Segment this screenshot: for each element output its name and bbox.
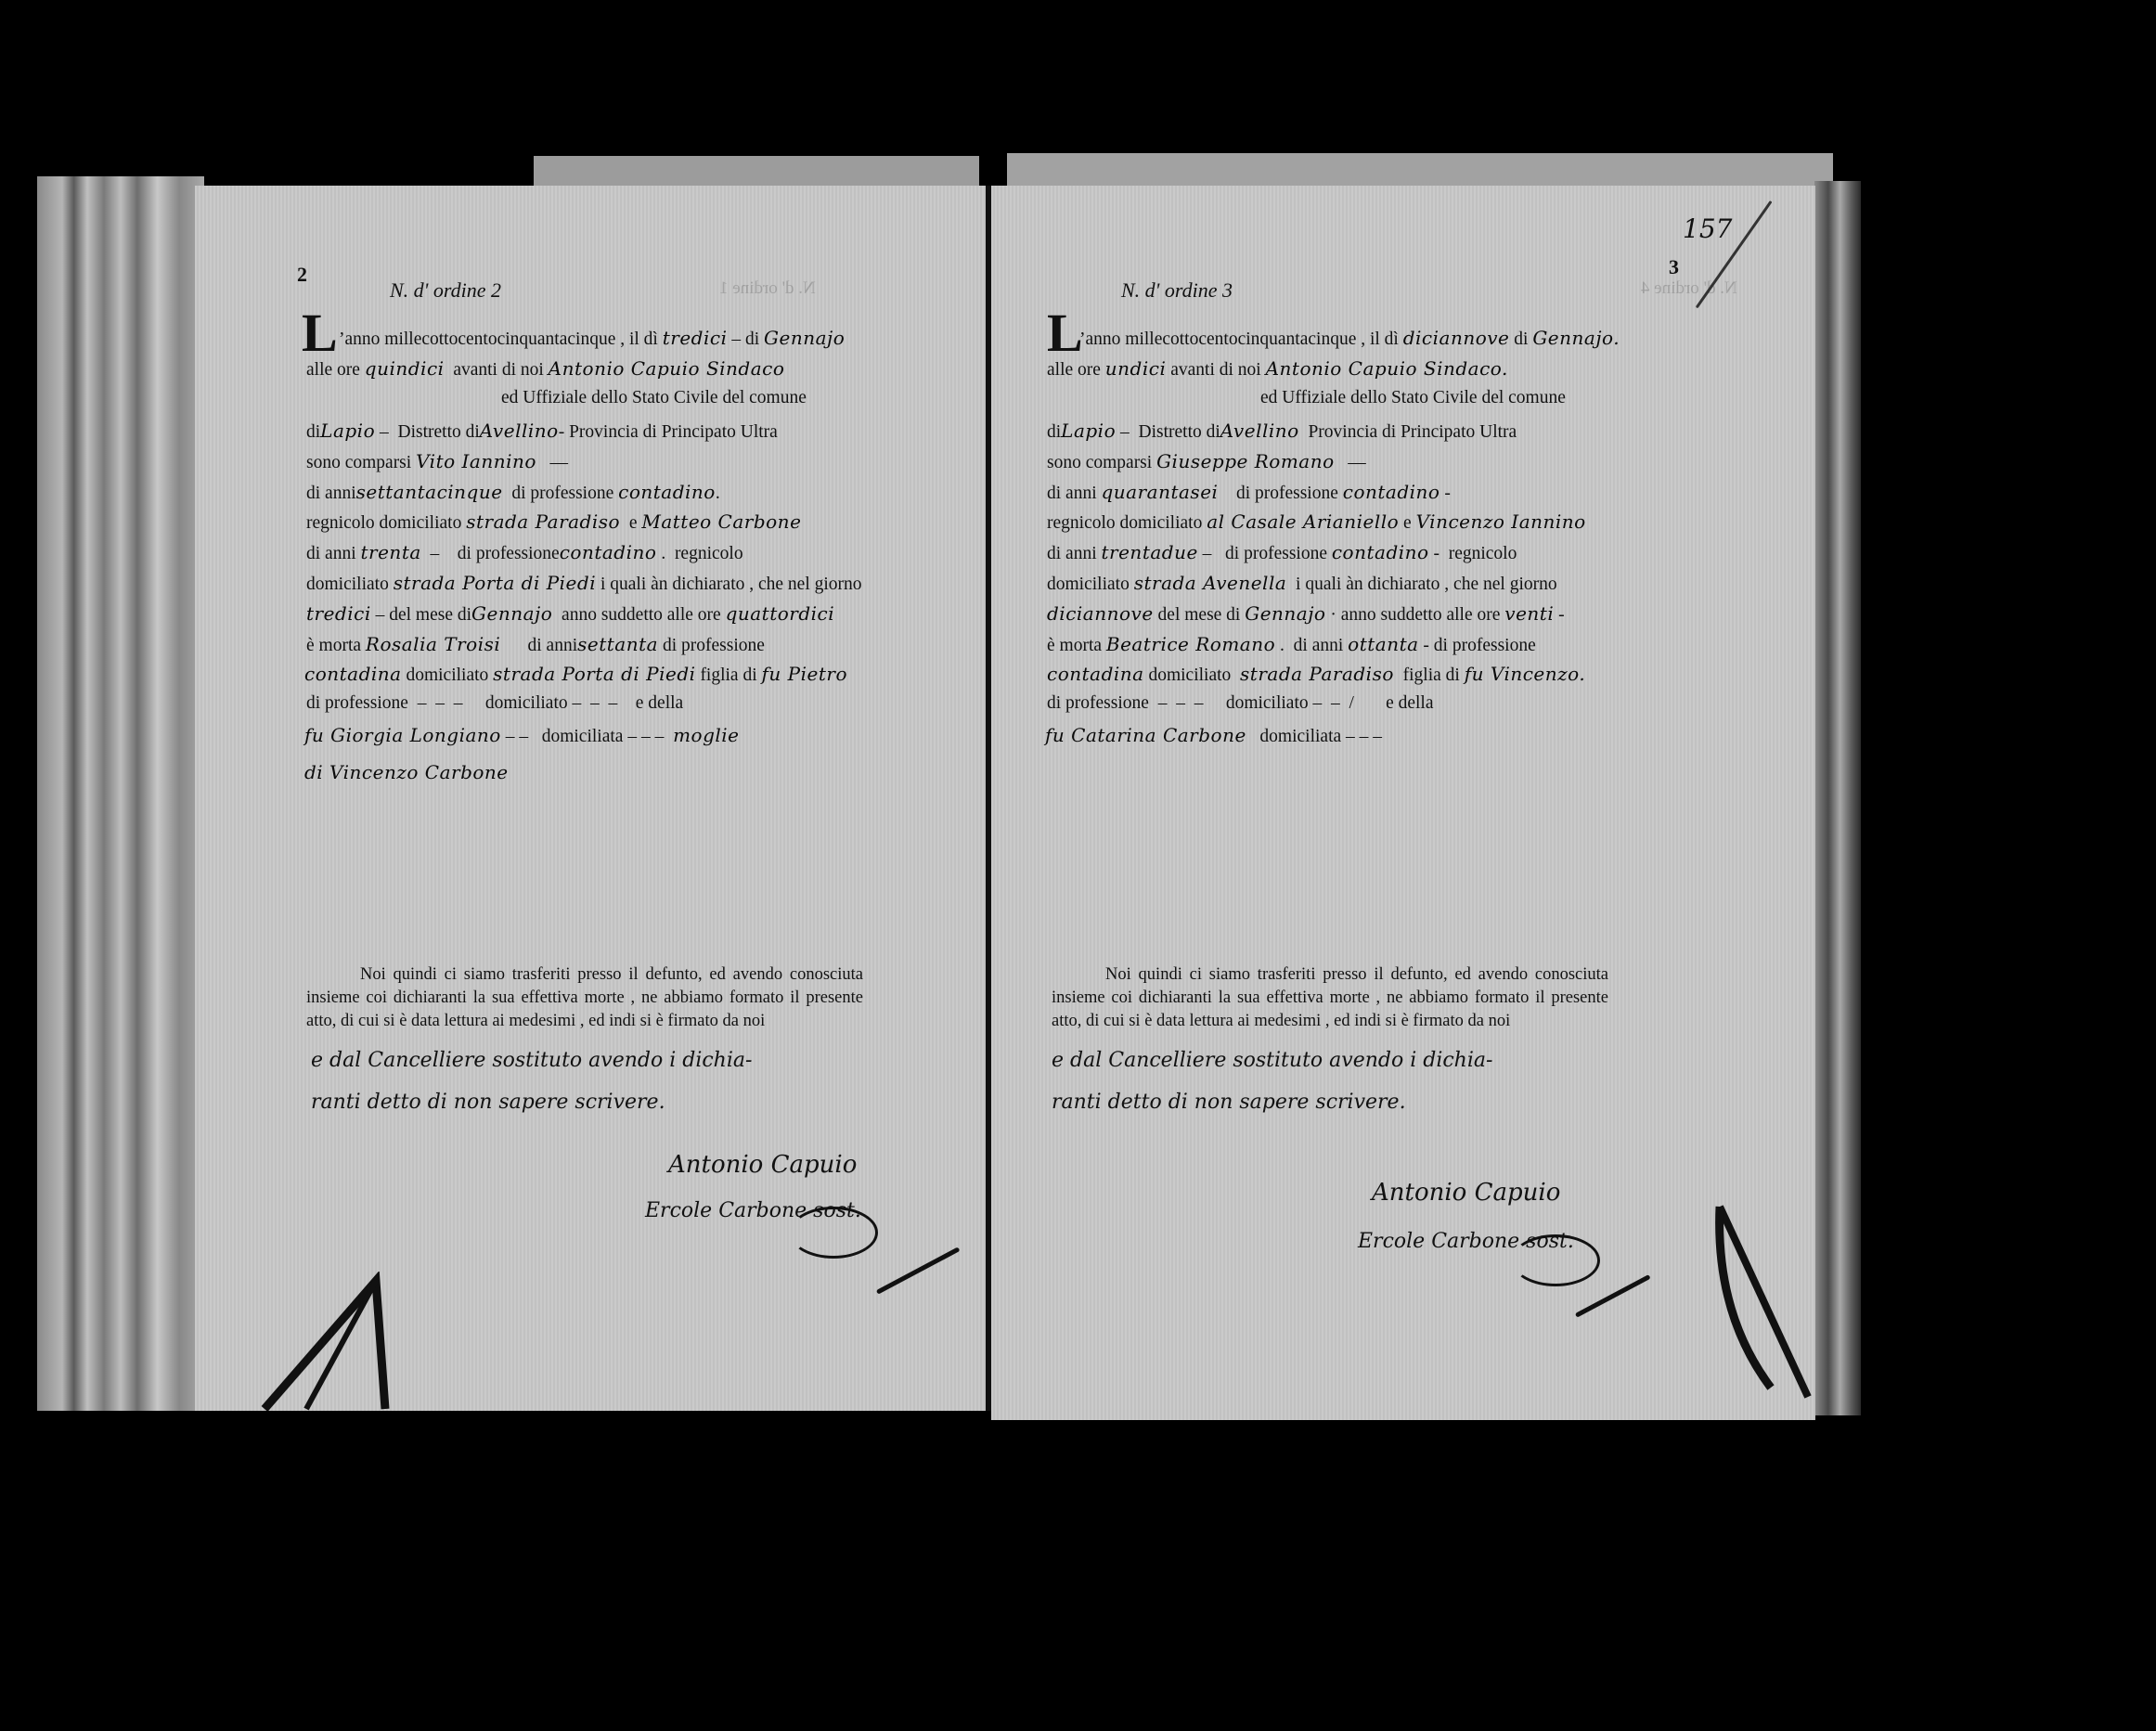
register-book-scan: N. d' ordine 1 2 N. d' ordine 2 L ’anno … [0,0,2156,1731]
left-page: N. d' ordine 1 2 N. d' ordine 2 L ’anno … [195,186,995,1411]
page-number: 3 [1669,255,1679,279]
record-line-11: è morta Rosalia Troisi di annisettanta d… [306,633,765,656]
record-line-10: tredici – del mese diGennajo anno suddet… [306,602,834,626]
record-line-1: ’anno millecottocentocinquantacinque , i… [339,327,845,350]
record-line-14: fu Catarina Carbone domiciliata – – – [1045,724,1382,747]
record-line-13: di professione – – – domiciliato – – – e… [306,693,683,714]
record-line-15: di Vincenzo Carbone [304,761,509,784]
signature-mayor: Antonio Capuio [1372,1179,1560,1207]
ordine-label: N. d' ordine 2 [390,278,501,303]
record-line-2: alle ore undici avanti di noi Antonio Ca… [1047,357,1508,381]
record-line-5: sono comparsi Giuseppe Romano — [1047,450,1366,473]
bleed-through-text: N. d' ordine 4 [1641,278,1737,299]
record-line-4: diLapio – Distretto diAvellino Provincia… [1047,420,1517,443]
record-line-9: domiciliato strada Porta di Piedi i qual… [306,572,862,595]
ordine-label: N. d' ordine 3 [1121,278,1233,303]
record-line-13: di professione – – – domiciliato – – / e… [1047,693,1434,714]
closing-handwritten-1: e dal Cancelliere sostituto avendo i dic… [311,1049,752,1072]
bleed-through-text: N. d' ordine 1 [719,278,816,299]
signature-underline-stroke [1575,1274,1651,1318]
page-number: 2 [297,263,307,287]
closing-handwritten-2: ranti detto di non sapere scrivere. [1052,1091,1406,1114]
corner-tab-mark [1715,1202,1817,1402]
right-page-stack [1814,181,1861,1415]
record-line-11: è morta Beatrice Romano . di anni ottant… [1047,633,1536,656]
drop-cap: L [302,306,338,360]
record-line-9: domiciliato strada Avenella i quali àn d… [1047,572,1557,595]
folio-stamp: 157 [1683,213,1732,244]
record-line-7: regnicolo domiciliato al Casale Arianiel… [1047,510,1586,534]
right-page: N. d' ordine 4 157 3 N. d' ordine 3 L ’a… [991,186,1815,1420]
record-line-12: contadina domiciliato strada Porta di Pi… [304,663,847,686]
drop-cap: L [1047,306,1083,360]
signature-underline-stroke [876,1247,961,1294]
record-line-14: fu Giorgia Longiano – – domiciliata – – … [304,724,740,747]
record-line-10: diciannove del mese di Gennajo · anno su… [1047,602,1565,626]
record-line-8: di anni trentadue – di professione conta… [1047,541,1517,564]
record-line-4: diLapio – Distretto diAvellino- Provinci… [306,420,778,443]
corner-tab-mark [255,1272,394,1411]
record-line-3: ed Uffiziale dello Stato Civile del comu… [501,388,807,408]
closing-paragraph: Noi quindi ci siamo trasferiti presso il… [306,963,863,1033]
record-line-12: contadina domiciliato strada Paradiso fi… [1047,663,1585,686]
left-page-stack [37,176,204,1411]
record-line-5: sono comparsi Vito Iannino — [306,450,568,473]
record-line-6: di annisettantacinque di professione con… [306,481,720,504]
closing-paragraph: Noi quindi ci siamo trasferiti presso il… [1052,963,1608,1033]
record-line-8: di anni trenta – di professionecontadino… [306,541,743,564]
record-line-7: regnicolo domiciliato strada Paradiso e … [306,510,801,534]
signature-flourish [789,1207,878,1259]
record-line-1: ’anno millecottocentocinquantacinque , i… [1079,327,1620,350]
record-line-2: alle ore quindici avanti di noi Antonio … [306,357,784,381]
closing-handwritten-1: e dal Cancelliere sostituto avendo i dic… [1052,1049,1492,1072]
record-line-3: ed Uffiziale dello Stato Civile del comu… [1260,388,1566,408]
signature-mayor: Antonio Capuio [668,1151,857,1179]
record-line-6: di anni quarantasei di professione conta… [1047,481,1451,504]
signature-flourish [1511,1234,1600,1286]
closing-handwritten-2: ranti detto di non sapere scrivere. [311,1091,665,1114]
